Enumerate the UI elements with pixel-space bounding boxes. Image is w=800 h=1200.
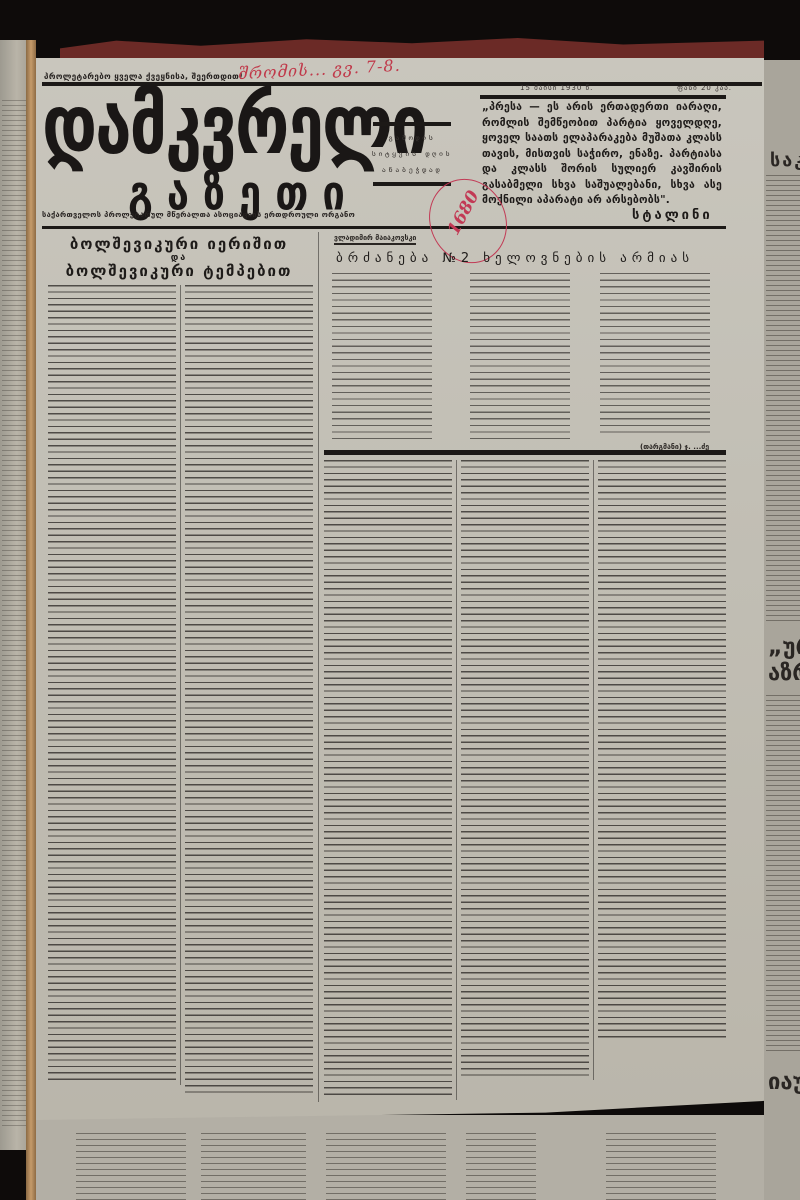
masthead-bottom-rule [42, 226, 726, 229]
column-divider [180, 285, 181, 1085]
article-column-4 [461, 460, 589, 1080]
article-column-3 [324, 460, 452, 1100]
masthead-title: დამკვრელი [42, 84, 332, 167]
poem-author: ვლადიმირ მაიაკოვსკი [334, 234, 416, 245]
adjacent-right-text-2 [766, 695, 800, 1055]
poem-column-1 [332, 273, 432, 441]
adjacent-right-heading-bottom: იაუ [768, 1070, 800, 1095]
masthead-subtitle-line: საქართველოს პროლეტარულ მწერალთა ასოციაცი… [42, 210, 355, 219]
adjacent-right-page: საკი „ურ აზრ იაუ [764, 60, 800, 1200]
column-divider [456, 460, 457, 1100]
dateline-strip: 15 მაისი 1930 წ. ფასი 20 კაპ. [520, 84, 732, 92]
adjacent-left-page [0, 40, 28, 1150]
masthead-ear: გამოდის სიტყვის დღის ანაბეჭდად [370, 118, 454, 190]
left-article-column-2 [185, 285, 313, 1095]
quote-top-rule [480, 95, 726, 99]
column-divider [593, 460, 594, 1080]
adjacent-right-heading: საკი [770, 150, 800, 171]
stalin-quote: „პრესა — ეს არის ერთადერთი იარაღი, რომლი… [482, 100, 722, 209]
left-article-column-1 [48, 285, 176, 1085]
poem-bottom-rule [324, 450, 726, 455]
poem-column-2 [470, 273, 570, 441]
adjacent-right-text [766, 175, 800, 625]
issue-price: ფასი 20 კაპ. [677, 84, 732, 92]
issue-date: 15 მაისი 1930 წ. [520, 84, 593, 92]
poem-title: ბრძანება №2 ხელოვნების არმიას [336, 251, 726, 266]
column-divider [318, 232, 319, 1102]
binding-spine [26, 40, 36, 1200]
adjacent-right-heading-mid: „ურ აზრ [768, 635, 800, 687]
left-article-headline: ბოლშევიკური იერიშით და ბოლშევიკური ტემპე… [44, 236, 314, 280]
adjacent-left-text [2, 100, 26, 1130]
quote-signature: სტალინი [632, 208, 713, 223]
underlying-page [36, 1115, 764, 1200]
article-column-5 [598, 460, 726, 1040]
poem-column-3 [600, 273, 710, 435]
